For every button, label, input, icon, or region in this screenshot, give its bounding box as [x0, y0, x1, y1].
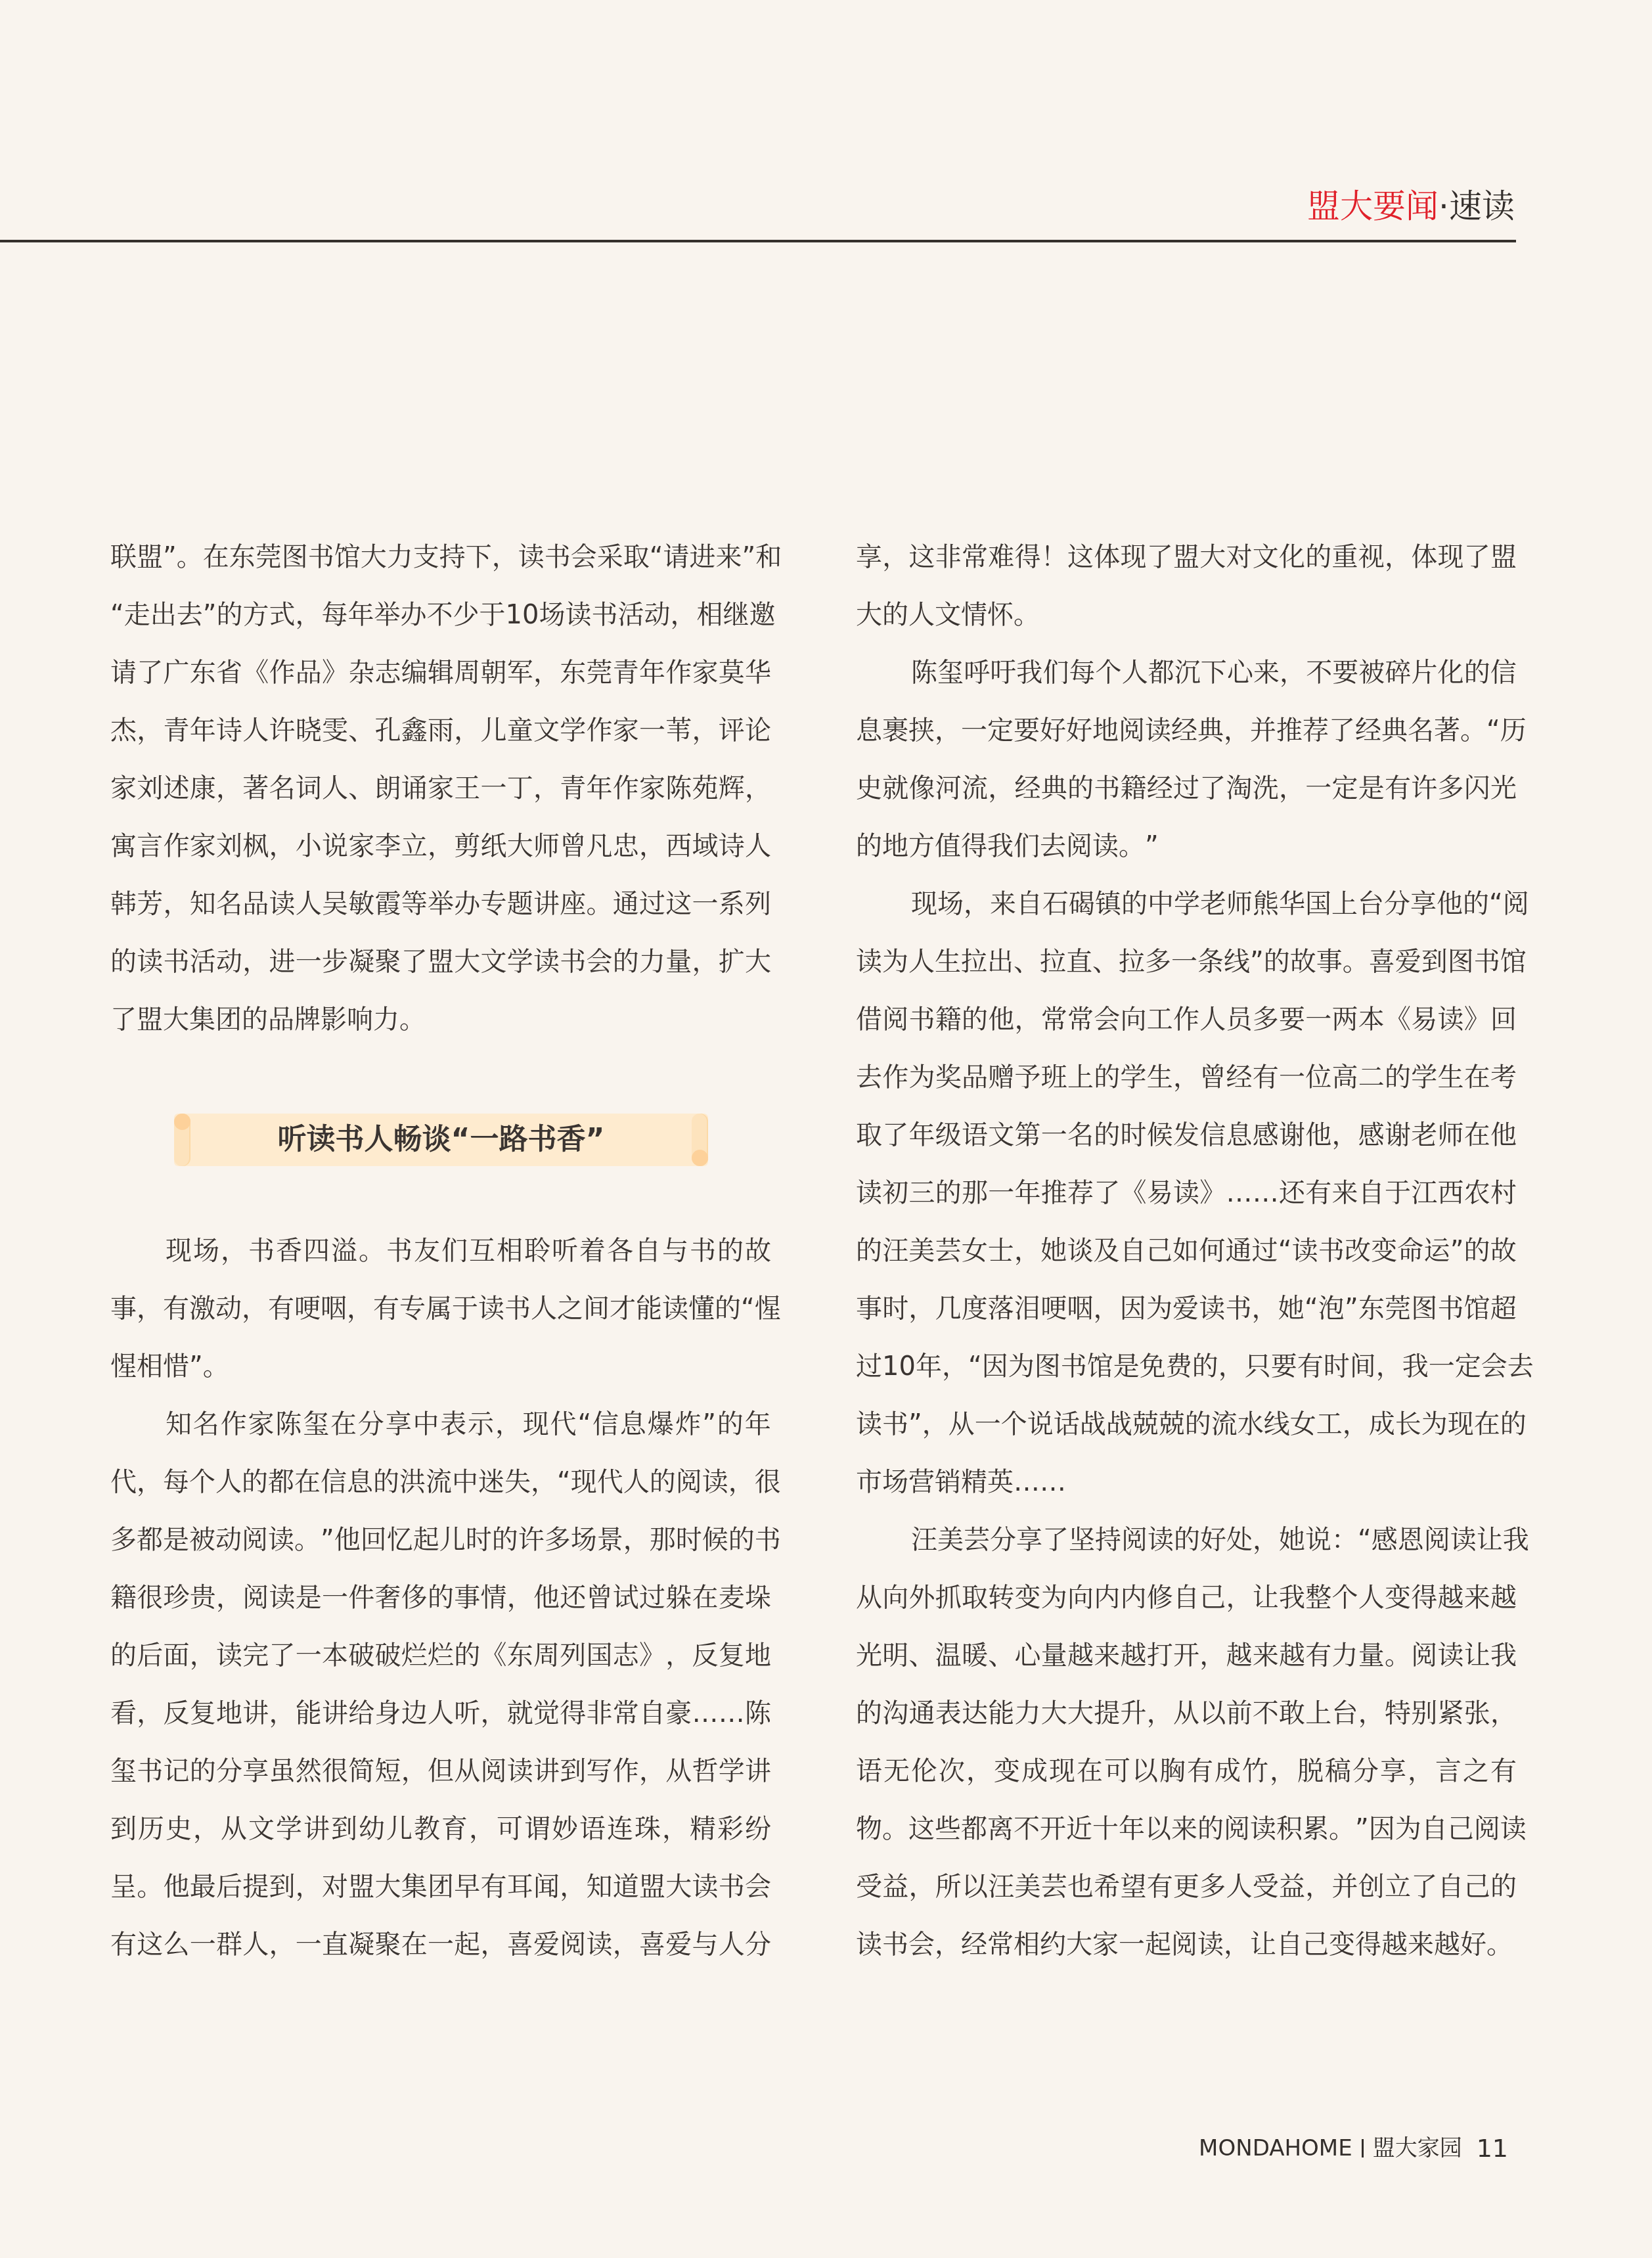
text-line: 家刘述康，著名词人、朗诵家王一丁，青年作家陈苑辉， — [110, 759, 771, 817]
left-column: 联盟”。在东莞图书馆大力支持下，读书会采取“请进来”和“走出去”的方式，每年举办… — [110, 528, 771, 1974]
text-line: 事，有激动，有哽咽，有专属于读书人之间才能读懂的“惺 — [110, 1280, 771, 1338]
text-line: 的后面，读完了一本破破烂烂的《东周列国志》，反复地 — [110, 1627, 771, 1684]
text-line: 籍很珍贵，阅读是一件奢侈的事情，他还曾试过躲在麦垛 — [110, 1569, 771, 1627]
section-header: 盟大要闻·速读 — [1307, 185, 1515, 227]
text-line: 知名作家陈玺在分享中表示，现代“信息爆炸”的年 — [110, 1395, 771, 1453]
page-footer: MONDAHOME 盟大家园 11 — [1199, 2134, 1508, 2163]
footer-separator — [1362, 2139, 1364, 2157]
text-line: 了盟大集团的品牌影响力。 — [110, 991, 771, 1049]
paragraph: 联盟”。在东莞图书馆大力支持下，读书会采取“请进来”和“走出去”的方式，每年举办… — [110, 528, 771, 1049]
paragraph: 陈玺呼吁我们每个人都沉下心来，不要被碎片化的信息裹挟，一定要好好地阅读经典，并推… — [856, 644, 1517, 875]
text-line: 息裹挟，一定要好好地阅读经典，并推荐了经典名著。“历 — [856, 702, 1517, 759]
subheading-block: 听读书人畅谈“一路书香” — [110, 1049, 771, 1222]
paragraph: 现场，来自石碣镇的中学老师熊华国上台分享他的“阅读为人生拉出、拉直、拉多一条线”… — [856, 875, 1517, 1511]
text-line: 陈玺呼吁我们每个人都沉下心来，不要被碎片化的信 — [856, 644, 1517, 702]
scroll-banner: 听读书人畅谈“一路书香” — [174, 1114, 708, 1166]
text-line: 到历史，从文学讲到幼儿教育，可谓妙语连珠，精彩纷 — [110, 1800, 771, 1858]
text-line: 的汪美芸女士，她谈及自己如何通过“读书改变命运”的故 — [856, 1222, 1517, 1280]
text-line: 寓言作家刘枫，小说家李立，剪纸大师曾凡忠，西域诗人 — [110, 817, 771, 875]
text-line: 读书会，经常相约大家一起阅读，让自己变得越来越好。 — [856, 1916, 1517, 1974]
text-line: 去作为奖品赠予班上的学生，曾经有一位高二的学生在考 — [856, 1049, 1517, 1106]
text-line: 杰，青年诗人许晓雯、孔鑫雨，儿童文学作家一苇，评论 — [110, 702, 771, 759]
page-number: 11 — [1477, 2134, 1508, 2163]
paragraph: 现场，书香四溢。书友们互相聆听着各自与书的故事，有激动，有哽咽，有专属于读书人之… — [110, 1222, 771, 1395]
text-line: 史就像河流，经典的书籍经过了淘洗，一定是有许多闪光 — [856, 759, 1517, 817]
text-line: 看，反复地讲，能讲给身边人听，就觉得非常自豪……陈 — [110, 1684, 771, 1742]
text-line: 韩芳，知名品读人吴敏霞等举办专题讲座。通过这一系列 — [110, 875, 771, 933]
text-line: 借阅书籍的他，常常会向工作人员多要一两本《易读》回 — [856, 991, 1517, 1049]
text-line: 汪美芸分享了坚持阅读的好处，她说：“感恩阅读让我 — [856, 1511, 1517, 1569]
text-line: 联盟”。在东莞图书馆大力支持下，读书会采取“请进来”和 — [110, 528, 771, 586]
text-line: 的地方值得我们去阅读。” — [856, 817, 1517, 875]
text-line: 过10年，“因为图书馆是免费的，只要有时间，我一定会去 — [856, 1338, 1517, 1395]
section-title-red: 盟大要闻 — [1307, 187, 1439, 225]
footer-brand: MONDAHOME — [1199, 2134, 1352, 2163]
text-line: 读初三的那一年推荐了《易读》……还有来自于江西农村 — [856, 1164, 1517, 1222]
text-line: 读书”，从一个说话战战兢兢的流水线女工，成长为现在的 — [856, 1395, 1517, 1453]
text-line: 现场，书香四溢。书友们互相聆听着各自与书的故 — [110, 1222, 771, 1280]
right-column: 享，这非常难得！这体现了盟大对文化的重视，体现了盟大的人文情怀。 陈玺呼吁我们每… — [856, 528, 1517, 1974]
text-line: 语无伦次，变成现在可以胸有成竹，脱稿分享，言之有 — [856, 1742, 1517, 1800]
text-line: 受益，所以汪美芸也希望有更多人受益，并创立了自己的 — [856, 1858, 1517, 1916]
text-line: 大的人文情怀。 — [856, 586, 1517, 644]
text-line: 光明、温暖、心量越来越打开，越来越有力量。阅读让我 — [856, 1627, 1517, 1684]
subheading: 听读书人畅谈“一路书香” — [174, 1114, 708, 1166]
header-rule — [0, 240, 1516, 242]
text-line: 取了年级语文第一名的时候发信息感谢他，感谢老师在他 — [856, 1106, 1517, 1164]
text-line: 的沟通表达能力大大提升，从以前不敢上台，特别紧张， — [856, 1684, 1517, 1742]
footer-magazine: 盟大家园 — [1373, 2134, 1462, 2163]
paragraph: 享，这非常难得！这体现了盟大对文化的重视，体现了盟大的人文情怀。 — [856, 528, 1517, 644]
text-line: 代，每个人的都在信息的洪流中迷失，“现代人的阅读，很 — [110, 1453, 771, 1511]
text-line: 享，这非常难得！这体现了盟大对文化的重视，体现了盟 — [856, 528, 1517, 586]
text-line: 事时，几度落泪哽咽，因为爱读书，她“泡”东莞图书馆超 — [856, 1280, 1517, 1338]
text-line: 现场，来自石碣镇的中学老师熊华国上台分享他的“阅 — [856, 875, 1517, 933]
text-line: 多都是被动阅读。”他回忆起儿时的许多场景，那时候的书 — [110, 1511, 771, 1569]
text-line: 物。这些都离不开近十年以来的阅读积累。”因为自己阅读 — [856, 1800, 1517, 1858]
text-line: 请了广东省《作品》杂志编辑周朝军，东莞青年作家莫华 — [110, 644, 771, 702]
section-title-dark: ·速读 — [1439, 187, 1515, 225]
text-line: 有这么一群人，一直凝聚在一起，喜爱阅读，喜爱与人分 — [110, 1916, 771, 1974]
text-line: 玺书记的分享虽然很简短，但从阅读讲到写作，从哲学讲 — [110, 1742, 771, 1800]
text-line: 的读书活动，进一步凝聚了盟大文学读书会的力量，扩大 — [110, 933, 771, 991]
text-line: 惺相惜”。 — [110, 1338, 771, 1395]
text-line: 从向外抓取转变为向内内修自己，让我整个人变得越来越 — [856, 1569, 1517, 1627]
text-line: 呈。他最后提到，对盟大集团早有耳闻，知道盟大读书会 — [110, 1858, 771, 1916]
text-line: “走出去”的方式，每年举办不少于10场读书活动，相继邀 — [110, 586, 771, 644]
text-line: 读为人生拉出、拉直、拉多一条线”的故事。喜爱到图书馆 — [856, 933, 1517, 991]
text-line: 市场营销精英…… — [856, 1453, 1517, 1511]
paragraph: 汪美芸分享了坚持阅读的好处，她说：“感恩阅读让我从向外抓取转变为向内内修自己，让… — [856, 1511, 1517, 1974]
paragraph: 知名作家陈玺在分享中表示，现代“信息爆炸”的年代，每个人的都在信息的洪流中迷失，… — [110, 1395, 771, 1974]
